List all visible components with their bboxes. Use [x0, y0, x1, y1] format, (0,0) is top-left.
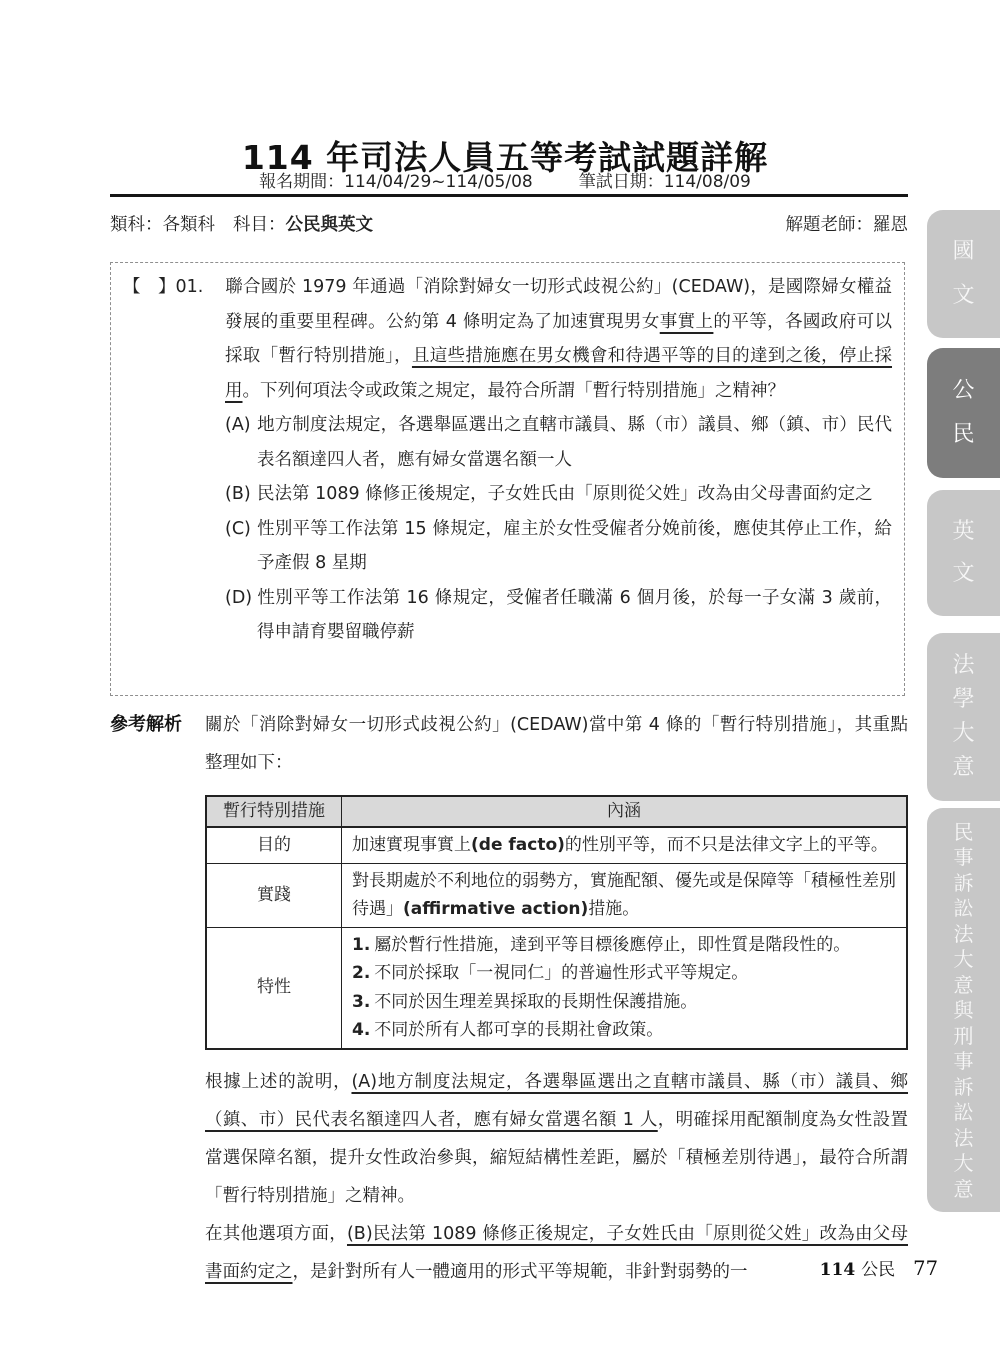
footer-subject: 公民 — [861, 1260, 895, 1280]
page-footer: 114公民77 — [110, 1255, 938, 1280]
table-row-label: 實踐 — [206, 863, 342, 927]
sidebar-tab-1[interactable]: 國文 — [927, 210, 1000, 338]
feature-item: 1.屬於暫行性措施，達到平等目標後應停止，即性質是階段性的。 — [352, 931, 896, 960]
option-letter: (C) — [225, 512, 257, 547]
tab-character: 大 — [952, 723, 974, 745]
subject-label: 科目： — [233, 215, 286, 235]
analysis-table: 暫行特別措施內涵 目的加速實現事實上(de facto)的性別平等，而不只是法律… — [205, 795, 908, 1050]
option-b: (B)民法第 1089 條修正後規定，子女姓氏由「原則從父姓」改為由父母書面約定… — [123, 477, 892, 512]
tab-character: 事 — [954, 1051, 974, 1071]
tab-character: 學 — [952, 689, 974, 711]
table-row: 實踐對長期處於不利地位的弱勢方，實施配額、優先或是保障等「積極性差別待遇」(af… — [206, 863, 907, 927]
analysis-section: 參考解析 關於「消除對婦女一切形式歧視公約」(CEDAW)當中第 4 條的「暫行… — [110, 706, 908, 1291]
subject-value: 公民與英文 — [286, 215, 374, 235]
options-list: (A)地方制度法規定，各選舉區選出之直轄市議員、縣（市）議員、鄉（鎮、市）民代表… — [123, 408, 892, 650]
tab-character: 刑 — [954, 1026, 974, 1046]
tab-character: 法 — [954, 1128, 974, 1148]
category-label: 類科：各類科 — [110, 215, 215, 235]
tab-character: 文 — [952, 285, 974, 307]
table-row-content: 加速實現事實上(de facto)的性別平等，而不只是法律文字上的平等。 — [342, 827, 908, 863]
question-box: 【 】01.聯合國於 1979 年通過「消除對婦女一切形式歧視公約」(CEDAW… — [110, 262, 905, 696]
tab-character: 訟 — [954, 898, 974, 918]
text-segment: 加速實現事實上 — [352, 835, 471, 855]
option-letter: (D) — [225, 581, 257, 616]
tab-character: 大 — [954, 1153, 974, 1173]
tab-character: 文 — [952, 563, 974, 585]
text-segment: 的性別平等，而不只是法律文字上的平等。 — [565, 835, 888, 855]
footer-year: 114 — [820, 1260, 856, 1280]
option-a: (A)地方制度法規定，各選舉區選出之直轄市議員、縣（市）議員、鄉（鎮、市）民代表… — [123, 408, 892, 477]
table-row-content: 對長期處於不利地位的弱勢方，實施配額、優先或是保障等「積極性差別待遇」(affi… — [342, 863, 908, 927]
table-row: 目的加速實現事實上(de facto)的性別平等，而不只是法律文字上的平等。 — [206, 827, 907, 863]
question-stem: 【 】01.聯合國於 1979 年通過「消除對婦女一切形式歧視公約」(CEDAW… — [123, 270, 892, 408]
analysis-paragraph: 根據上述的說明，(A)地方制度法規定，各選舉區選出之直轄市議員、縣（市）議員、鄉… — [205, 1063, 908, 1215]
answer-bracket: 【 】 — [123, 277, 176, 297]
tab-character: 國 — [952, 241, 974, 263]
text-segment: 事實上 — [660, 312, 714, 332]
feature-item: 2.不同於採取「一視同仁」的普遍性形式平等規定。 — [352, 959, 896, 988]
tab-character: 意 — [954, 1179, 974, 1199]
analysis-body: 關於「消除對婦女一切形式歧視公約」(CEDAW)當中第 4 條的「暫行特別措施」… — [205, 706, 908, 1291]
feature-item: 3.不同於因生理差異採取的長期性保護措施。 — [352, 988, 896, 1017]
table-row: 特性1.屬於暫行性措施，達到平等目標後應停止，即性質是階段性的。2.不同於採取「… — [206, 927, 907, 1049]
tab-character: 英 — [952, 521, 974, 543]
sidebar-tab-2[interactable]: 公民 — [927, 348, 1000, 478]
exam-date: 筆試日期：114/08/09 — [579, 172, 751, 192]
sidebar-tab-3[interactable]: 英文 — [927, 490, 1000, 616]
exam-solution-page: 114 年司法人員五等考試試題詳解 報名期間：114/04/29~114/05/… — [0, 0, 1000, 1353]
question-stem-text: 聯合國於 1979 年通過「消除對婦女一切形式歧視公約」(CEDAW)，是國際婦… — [225, 277, 892, 401]
analysis-intro: 關於「消除對婦女一切形式歧視公約」(CEDAW)當中第 4 條的「暫行特別措施」… — [205, 706, 908, 782]
tab-character: 事 — [954, 847, 974, 867]
tab-character: 訴 — [954, 1077, 974, 1097]
table-header-cell: 內涵 — [342, 796, 908, 827]
text-segment: (affirmative action) — [403, 899, 588, 919]
sidebar-tab-4[interactable]: 法學大意 — [927, 633, 1000, 801]
table-row-label: 特性 — [206, 927, 342, 1049]
tab-character: 公 — [952, 380, 974, 402]
tab-character: 民 — [954, 822, 974, 842]
tab-character: 民 — [952, 424, 974, 446]
registration-period: 報名期間：114/04/29~114/05/08 — [259, 172, 533, 192]
tab-character: 意 — [952, 757, 974, 779]
tab-character: 法 — [952, 655, 974, 677]
text-segment: (de facto) — [471, 835, 565, 855]
tab-character: 意 — [954, 975, 974, 995]
table-row-label: 目的 — [206, 827, 342, 863]
tab-character: 訴 — [954, 873, 974, 893]
analysis-label: 參考解析 — [110, 706, 205, 744]
text-segment: 。下列何項法令或政策之規定，最符合所謂「暫行特別措施」之精神？ — [243, 381, 786, 401]
question-prefix: 【 】01. — [123, 270, 225, 305]
feature-item: 4.不同於所有人都可享的長期社會政策。 — [352, 1016, 896, 1045]
exam-dates-row: 報名期間：114/04/29~114/05/08筆試日期：114/08/09 — [100, 167, 910, 192]
option-c: (C)性別平等工作法第 15 條規定，雇主於女性受僱者分娩前後，應使其停止工作，… — [123, 512, 892, 581]
tab-character: 訟 — [954, 1102, 974, 1122]
text-segment: 措施。 — [588, 899, 639, 919]
text-segment: 在其他選項方面， — [205, 1224, 347, 1244]
header-divider — [110, 194, 908, 197]
option-letter: (A) — [225, 408, 257, 443]
tab-character: 法 — [954, 924, 974, 944]
table-row-content: 1.屬於暫行性措施，達到平等目標後應停止，即性質是階段性的。2.不同於採取「一視… — [342, 927, 908, 1049]
tab-character: 與 — [954, 1000, 974, 1020]
category-subject: 類科：各類科科目：公民與英文 — [110, 211, 373, 236]
sidebar-tab-5[interactable]: 民事訴訟法大意與刑事訴訟法大意 — [927, 808, 1000, 1212]
tab-character: 大 — [954, 949, 974, 969]
text-segment: 根據上述的說明， — [205, 1072, 351, 1092]
question-number: 01. — [176, 277, 204, 297]
table-header-cell: 暫行特別措施 — [206, 796, 342, 827]
footer-page-number: 77 — [913, 1257, 938, 1280]
option-d: (D)性別平等工作法第 16 條規定，受僱者任職滿 6 個月後，於每一子女滿 3… — [123, 581, 892, 650]
meta-row: 類科：各類科科目：公民與英文 解題老師：羅恩 — [110, 211, 908, 236]
teacher-label: 解題老師：羅恩 — [786, 211, 909, 236]
option-letter: (B) — [225, 477, 257, 512]
